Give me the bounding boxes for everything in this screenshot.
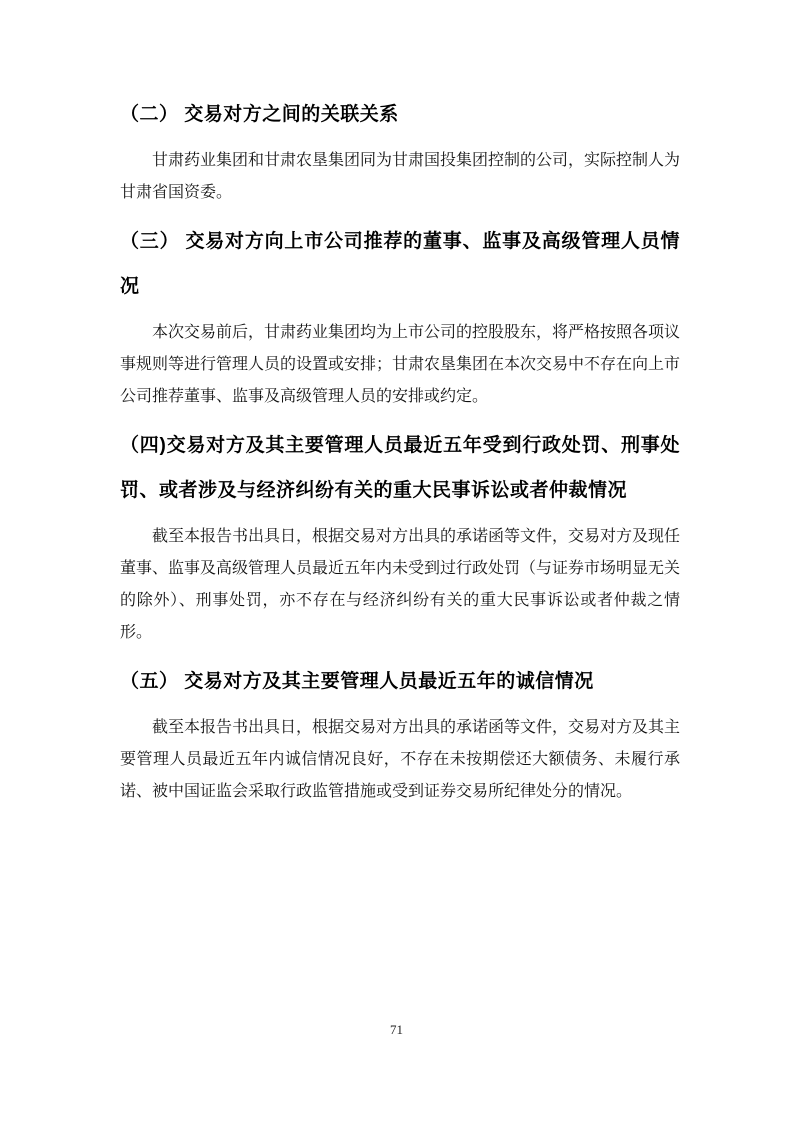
document-content: （二） 交易对方之间的关联关系 甘肃药业集团和甘肃农垦集团同为甘肃国投集团控制的… [120, 92, 680, 808]
document-section: （三） 交易对方向上市公司推荐的董事、监事及高级管理人员情况 本次交易前后，甘肃… [120, 219, 680, 413]
section-heading: （二） 交易对方之间的关联关系 [120, 92, 680, 137]
document-section: （五） 交易对方及其主要管理人员最近五年的诚信情况 截至本报告书出具日，根据交易… [120, 659, 680, 808]
page-number: 71 [0, 1022, 793, 1038]
body-paragraph: 截至本报告书出具日，根据交易对方出具的承诺函等文件，交易对方及现任董事、监事及高… [120, 521, 680, 649]
document-section: （二） 交易对方之间的关联关系 甘肃药业集团和甘肃农垦集团同为甘肃国投集团控制的… [120, 92, 680, 209]
body-paragraph: 甘肃药业集团和甘肃农垦集团同为甘肃国投集团控制的公司，实际控制人为甘肃省国资委。 [120, 145, 680, 209]
section-heading: （五） 交易对方及其主要管理人员最近五年的诚信情况 [120, 659, 680, 704]
section-heading: （四)交易对方及其主要管理人员最近五年受到行政处罚、刑事处罚、或者涉及与经济纠纷… [120, 423, 680, 513]
body-paragraph: 本次交易前后，甘肃药业集团均为上市公司的控股股东，将严格按照各项议事规则等进行管… [120, 317, 680, 413]
body-paragraph: 截至本报告书出具日，根据交易对方出具的承诺函等文件，交易对方及其主要管理人员最近… [120, 712, 680, 808]
document-page: （二） 交易对方之间的关联关系 甘肃药业集团和甘肃农垦集团同为甘肃国投集团控制的… [0, 0, 793, 1122]
document-section: （四)交易对方及其主要管理人员最近五年受到行政处罚、刑事处罚、或者涉及与经济纠纷… [120, 423, 680, 649]
section-heading: （三） 交易对方向上市公司推荐的董事、监事及高级管理人员情况 [120, 219, 680, 309]
